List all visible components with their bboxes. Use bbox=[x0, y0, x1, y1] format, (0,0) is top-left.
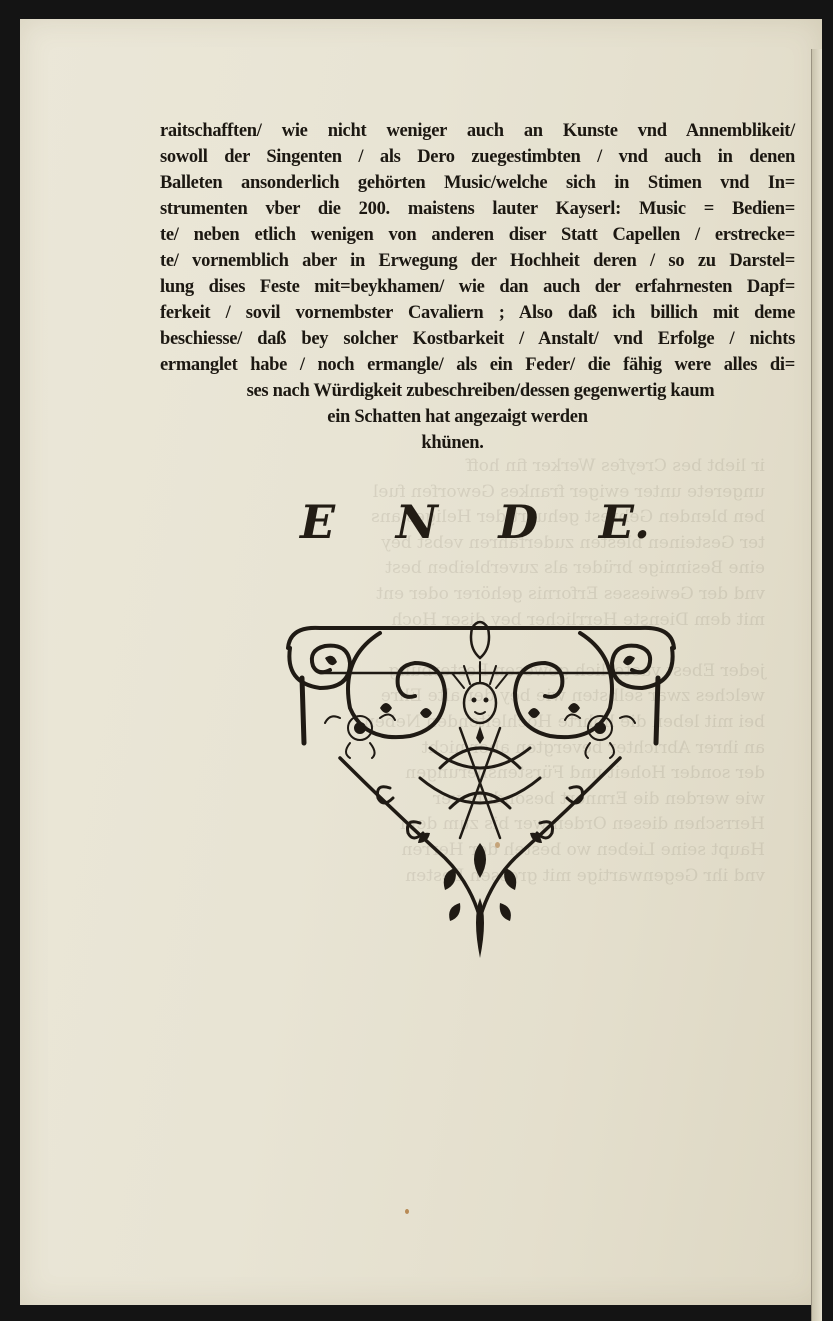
ende-letter: N bbox=[396, 495, 438, 549]
text-line: sowoll der Singenten / als Dero zuegesti… bbox=[160, 144, 795, 170]
text-line: te/ neben etlich wenigen von anderen dis… bbox=[160, 222, 795, 248]
paper-stain bbox=[405, 1209, 409, 1214]
text-line: ermanglet habe / noch ermangle/ als ein … bbox=[160, 352, 795, 378]
text-line: beschiesse/ daß bey solcher Kostbarkeit … bbox=[160, 326, 795, 352]
text-line: strumenten vber die 200. maistens lauter… bbox=[160, 196, 795, 222]
body-text: raitschafften/ wie nicht weniger auch an… bbox=[160, 118, 795, 456]
text-line: te/ vornemblich aber in Erwegung der Hoc… bbox=[160, 248, 795, 274]
text-line: ein Schatten hat angezaigt werden bbox=[120, 404, 795, 430]
ende-letter: D bbox=[498, 495, 538, 549]
text-line: raitschafften/ wie nicht weniger auch an… bbox=[160, 118, 795, 144]
text-line: ses nach Würdigkeit zubeschreiben/dessen… bbox=[160, 378, 795, 404]
ende-letter: E. bbox=[599, 495, 650, 549]
baroque-tailpiece-ornament-icon bbox=[280, 618, 680, 963]
ende-letter: E bbox=[300, 495, 335, 549]
text-line: khünen. bbox=[110, 430, 795, 456]
text-line: Balleten ansonderlich gehörten Music/wel… bbox=[160, 170, 795, 196]
closing-word-ende: E N D E. bbox=[300, 495, 650, 549]
adjacent-page-edge bbox=[811, 49, 822, 1321]
text-line: lung dises Feste mit=beykhamen/ wie dan … bbox=[160, 274, 795, 300]
text-line: ferkeit / sovil vornembster Cavaliern ; … bbox=[160, 300, 795, 326]
